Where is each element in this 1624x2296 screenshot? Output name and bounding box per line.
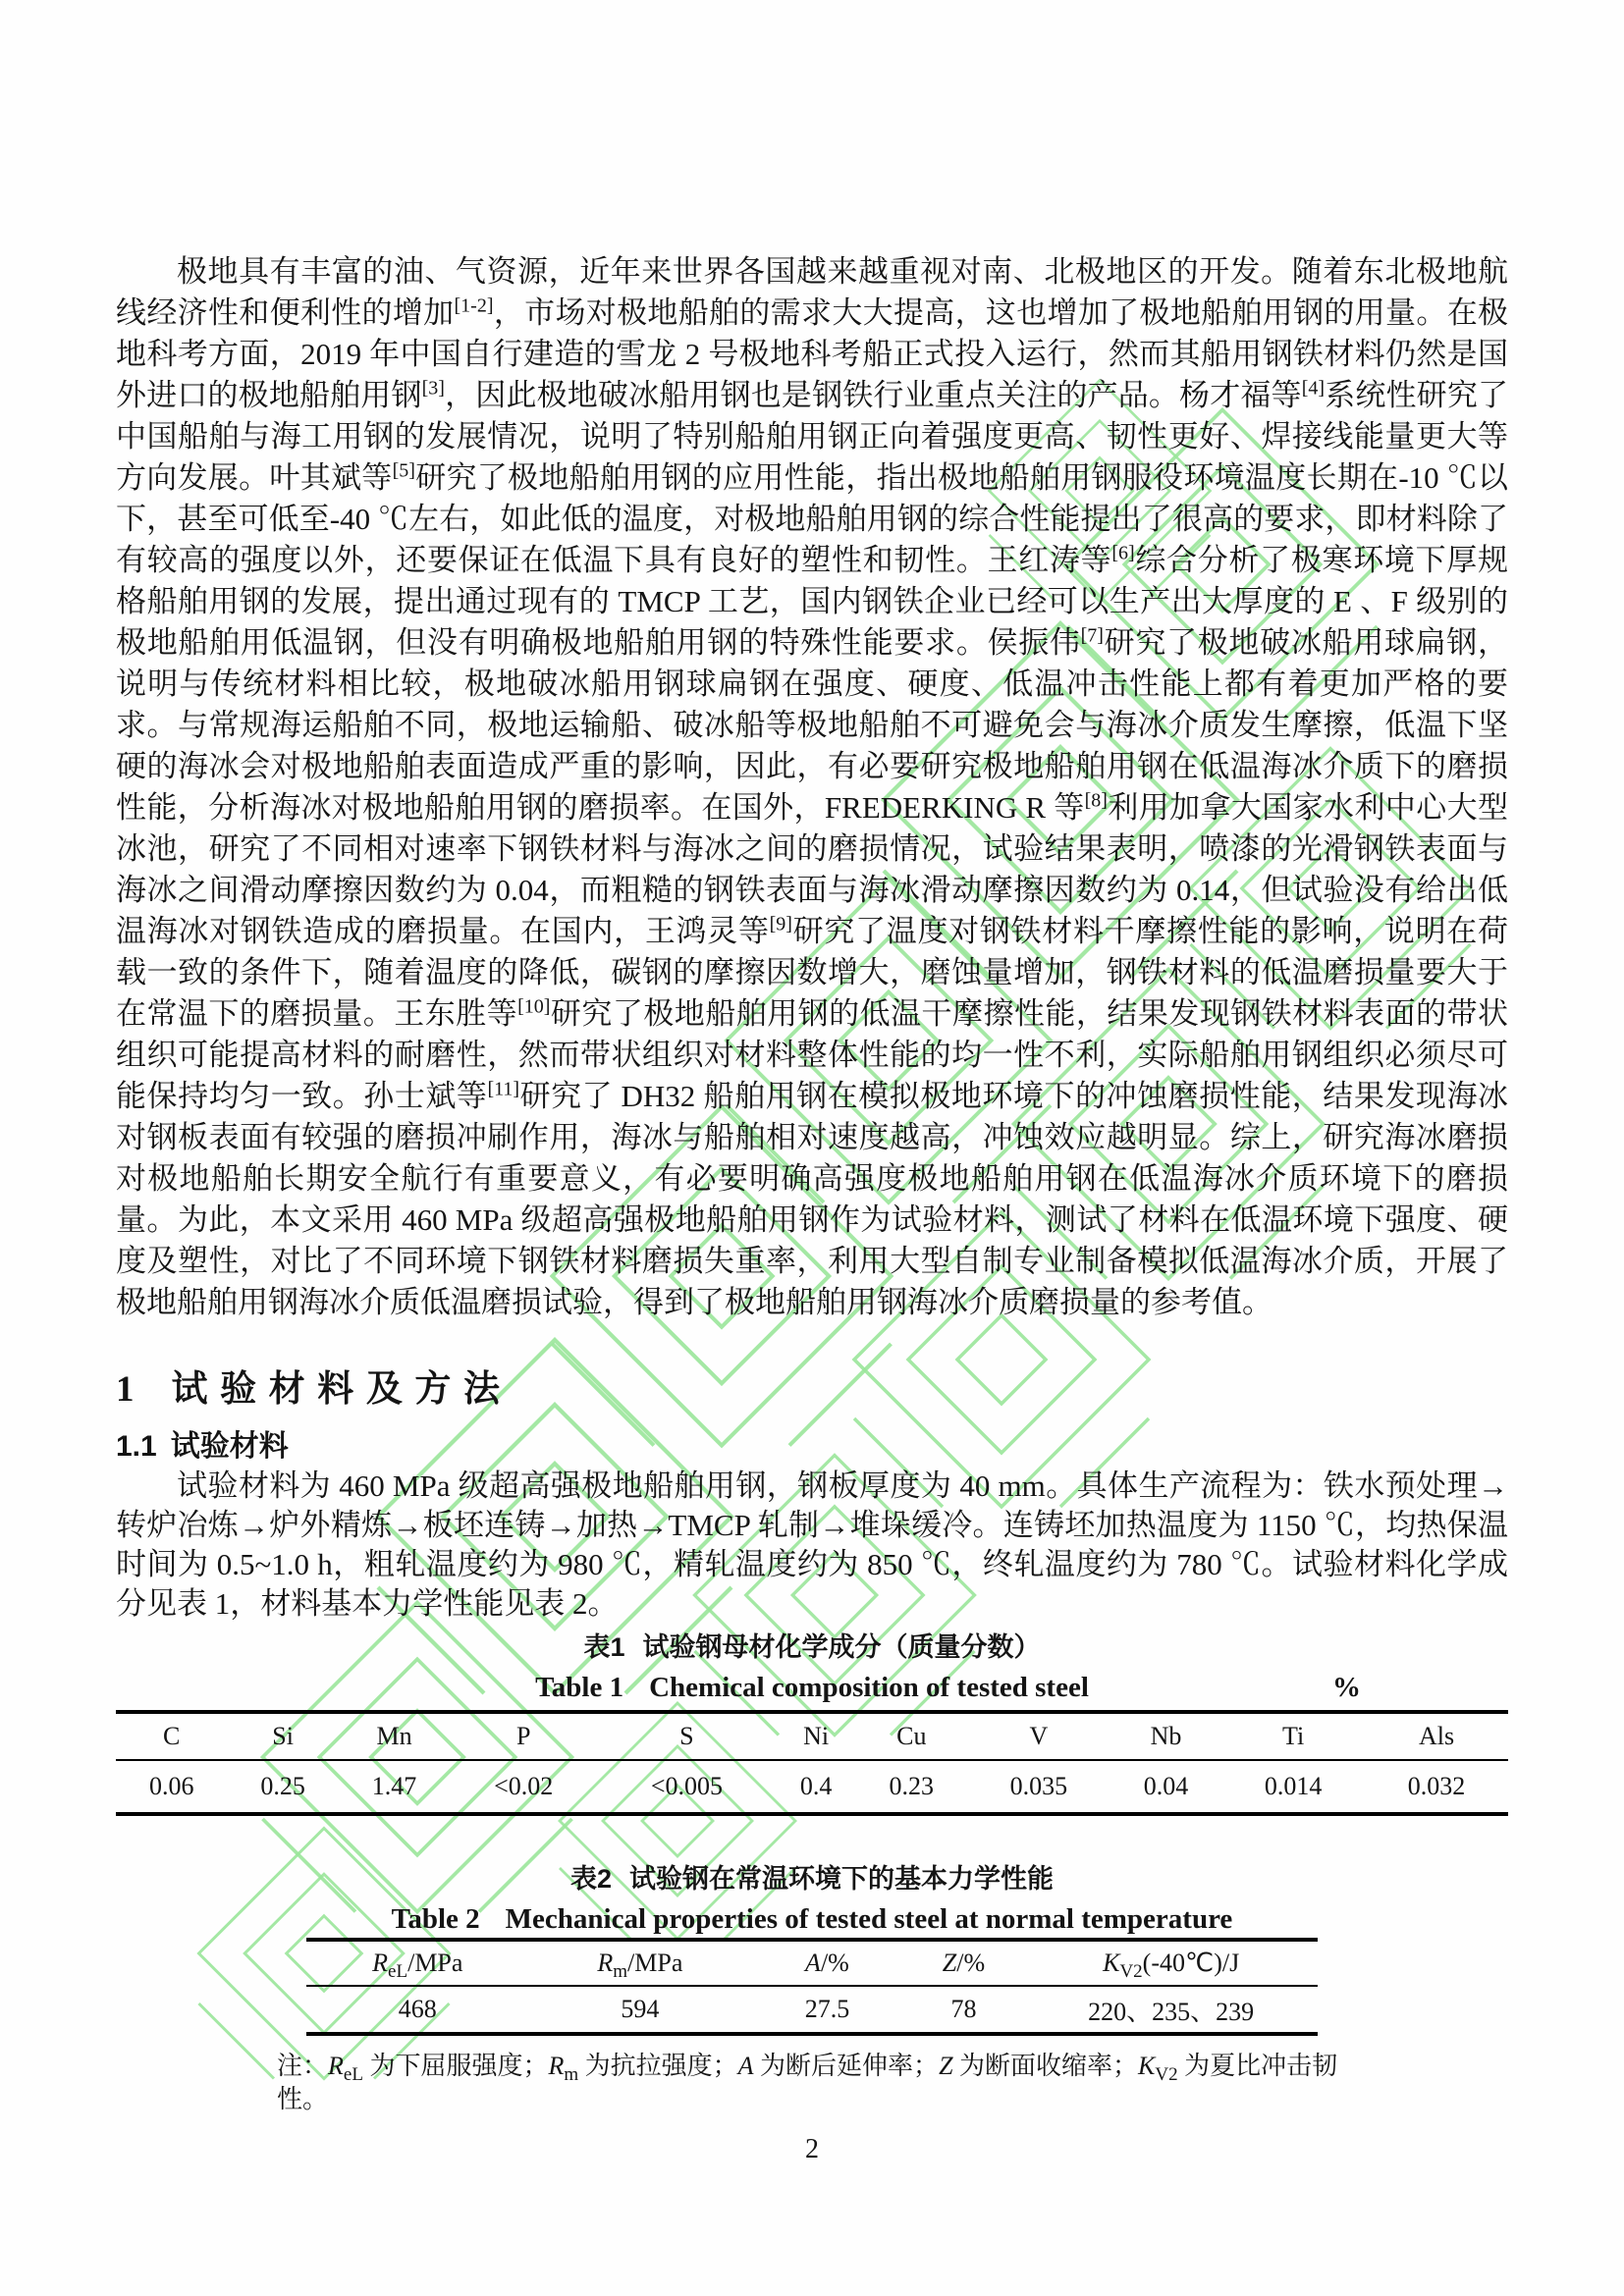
text-segment: V2 — [1155, 2064, 1177, 2085]
section-title: 试验材料及方法 — [172, 1369, 513, 1410]
text-segment: [8] — [1085, 790, 1108, 812]
table2-data-row: 46859427.578220、235、239 — [306, 1986, 1318, 2034]
table1-caption-en: Table 1Chemical composition of tested st… — [116, 1669, 1508, 1706]
table1-data-row: 0.060.251.47<0.02<0.0050.40.230.0350.040… — [116, 1760, 1508, 1814]
table-cell: 0.032 — [1365, 1760, 1508, 1814]
table-cell: <0.02 — [450, 1760, 597, 1814]
materials-paragraph: 试验材料为 460 MPa 级超高强极地船舶用钢，钢板厚度为 40 mm。具体生… — [116, 1467, 1508, 1624]
table-cell: 0.23 — [856, 1760, 967, 1814]
table-cell: Ni — [777, 1712, 856, 1760]
text-segment: m — [564, 2064, 578, 2085]
table-cell: Nb — [1110, 1712, 1221, 1760]
text-segment: Z — [943, 1949, 956, 1977]
table-cell: 78 — [903, 1986, 1025, 2034]
section-heading-1: 1试验材料及方法 — [116, 1366, 1508, 1414]
table1-unit: % — [1332, 1669, 1361, 1706]
table-cell: Mn — [339, 1712, 450, 1760]
subsection-number: 1.1 — [116, 1430, 157, 1463]
intro-paragraph: 极地具有丰富的油、气资源，近年来世界各国越来越重视对南、北极地区的开发。随着东北… — [116, 251, 1508, 1323]
table1-caption-en-label: Table 1 — [535, 1672, 623, 1703]
text-segment: m — [613, 1961, 627, 1982]
table1-caption-zh: 表1试验钢母材化学成分（质量分数） — [116, 1629, 1508, 1665]
text-segment: 为断面收缩率； — [953, 2052, 1139, 2080]
table-cell: Rm/MPa — [529, 1940, 752, 1986]
subsection-title: 试验材料 — [171, 1430, 289, 1463]
table1-header-row: CSiMnPSNiCuVNbTiAls — [116, 1712, 1508, 1760]
table2-caption-en-label: Table 2 — [392, 1903, 480, 1935]
text-segment: 为抗拉强度； — [578, 2052, 738, 2080]
table-cell: ReL/MPa — [306, 1940, 529, 1986]
table-cell: 0.04 — [1110, 1760, 1221, 1814]
table-cell: 594 — [529, 1986, 752, 2034]
text-segment: [3] — [422, 378, 445, 400]
table-cell: S — [597, 1712, 776, 1760]
text-segment: [5] — [393, 460, 415, 482]
table1-caption-zh-text: 试验钢母材化学成分（质量分数） — [643, 1632, 1041, 1662]
table2-caption-en-text: Mechanical properties of tested steel at… — [506, 1903, 1233, 1935]
text-segment: K — [1103, 1949, 1119, 1977]
table2-caption-en: Table 2Mechanical properties of tested s… — [116, 1900, 1508, 1938]
text-segment: /MPa — [407, 1949, 462, 1977]
table-cell: Cu — [856, 1712, 967, 1760]
text-segment: ，因此极地破冰船用钢也是钢铁行业重点关注的产品。杨才福等 — [445, 378, 1302, 412]
section-number: 1 — [116, 1369, 135, 1410]
table2-captions: 表2试验钢在常温环境下的基本力学性能 Table 2Mechanical pro… — [116, 1861, 1508, 1938]
table-cell: 27.5 — [751, 1986, 903, 2034]
table-cell: KV2(-40℃)/J — [1024, 1940, 1318, 1986]
text-segment: [4] — [1302, 378, 1325, 400]
text-segment: [9] — [770, 914, 792, 935]
text-segment: eL — [388, 1961, 407, 1982]
table-cell: 468 — [306, 1986, 529, 2034]
text-segment: [11] — [487, 1079, 519, 1100]
text-segment: R — [548, 2052, 564, 2080]
text-segment: A — [738, 2052, 754, 2080]
table-cell: 0.035 — [967, 1760, 1110, 1814]
table1-caption-en-text: Chemical composition of tested steel — [649, 1672, 1089, 1703]
table2-caption-zh-text: 试验钢在常温环境下的基本力学性能 — [629, 1864, 1054, 1894]
table2-header-row: ReL/MPaRm/MPaA/%Z/%KV2(-40℃)/J — [306, 1940, 1318, 1986]
table-cell: 0.4 — [777, 1760, 856, 1814]
table-cell: 1.47 — [339, 1760, 450, 1814]
table-cell: Ti — [1221, 1712, 1365, 1760]
table1-chemical-composition: CSiMnPSNiCuVNbTiAls 0.060.251.47<0.02<0.… — [116, 1710, 1508, 1816]
table2-mechanical-properties: ReL/MPaRm/MPaA/%Z/%KV2(-40℃)/J 46859427.… — [306, 1938, 1318, 2036]
table-cell: 220、235、239 — [1024, 1986, 1318, 2034]
text-segment: /MPa — [627, 1949, 682, 1977]
text-segment: K — [1138, 2052, 1155, 2080]
text-segment: [10] — [517, 996, 550, 1018]
text-segment: /% — [821, 1949, 849, 1977]
table-cell: A/% — [751, 1940, 903, 1986]
text-segment: (-40℃)/J — [1143, 1949, 1240, 1977]
text-segment: R — [597, 1949, 613, 1977]
table-cell: Als — [1365, 1712, 1508, 1760]
page-content: 极地具有丰富的油、气资源，近年来世界各国越来越重视对南、北极地区的开发。随着东北… — [116, 251, 1508, 2165]
page-number: 2 — [116, 2134, 1508, 2165]
table-cell: Z/% — [903, 1940, 1025, 1986]
text-segment: Z — [939, 2052, 952, 2080]
table-cell: 0.06 — [116, 1760, 227, 1814]
text-segment: 注： — [277, 2052, 328, 2080]
text-segment: [6] — [1111, 543, 1134, 564]
table2-caption-zh-label: 表2 — [570, 1864, 612, 1894]
table-cell: 0.014 — [1221, 1760, 1365, 1814]
table1-caption-zh-label: 表1 — [583, 1632, 624, 1662]
text-segment: eL — [344, 2064, 363, 2085]
text-segment: [1-2] — [455, 295, 494, 317]
table-cell: 0.25 — [227, 1760, 338, 1814]
text-segment: /% — [956, 1949, 985, 1977]
text-segment: R — [372, 1949, 388, 1977]
text-segment: [7] — [1081, 625, 1104, 647]
table-cell: P — [450, 1712, 597, 1760]
text-segment: A — [805, 1949, 821, 1977]
text-segment: 研究了 DH32 船舶用钢在模拟极地环境下的冲蚀磨损性能，结果发现海冰对钢板表面… — [116, 1079, 1508, 1319]
text-segment: R — [328, 2052, 344, 2080]
paper-page: 极地具有丰富的油、气资源，近年来世界各国越来越重视对南、北极地区的开发。随着东北… — [0, 0, 1624, 2296]
table-cell: C — [116, 1712, 227, 1760]
text-segment: 为下屈服强度； — [363, 2052, 549, 2080]
text-segment: 为断后延伸率； — [754, 2052, 940, 2080]
table-cell: Si — [227, 1712, 338, 1760]
subsection-heading-1-1: 1.1试验材料 — [116, 1427, 1508, 1467]
text-segment: V2 — [1119, 1961, 1142, 1982]
table-cell: <0.005 — [597, 1760, 776, 1814]
table-cell: V — [967, 1712, 1110, 1760]
table2-note: 注：ReL 为下屈服强度；Rm 为抗拉强度；A 为断后延伸率；Z 为断面收缩率；… — [277, 2050, 1347, 2116]
table2-caption-zh: 表2试验钢在常温环境下的基本力学性能 — [116, 1861, 1508, 1896]
